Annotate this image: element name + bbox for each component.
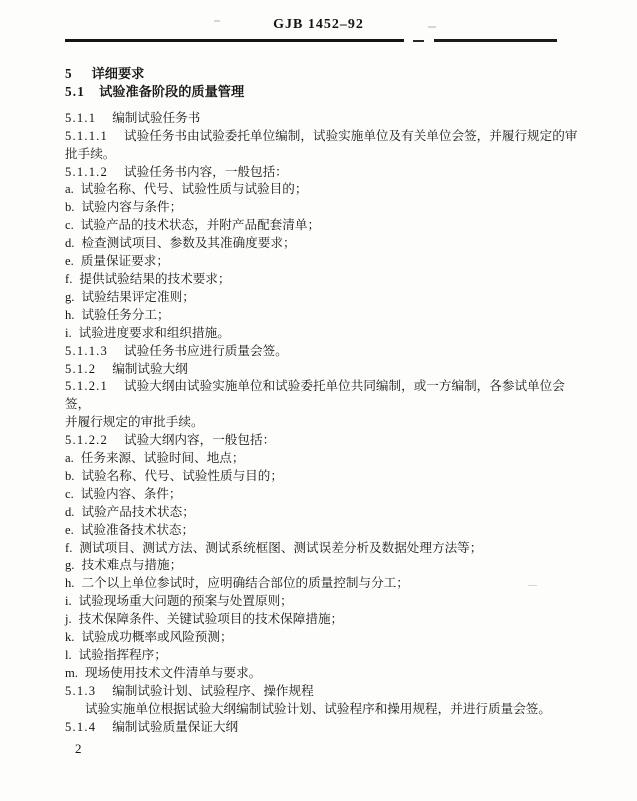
item-letter: i. (65, 594, 72, 608)
line-text: 质量保证要求； (81, 254, 169, 268)
line-text: 试验名称、代号、试验性质与目的； (81, 469, 283, 483)
header-rule (65, 39, 557, 42)
list-item: h.二个以上单位参试时，应明确结合部位的质量控制与分工； (65, 575, 579, 593)
standard-number: GJB 1452–92 (0, 0, 637, 33)
line-text: 任务来源、试验时间、地点； (81, 451, 245, 465)
line-text: 试验成功概率或风险预测； (81, 630, 232, 644)
list-item: e.试验准备技术状态； (65, 522, 579, 540)
header-rule-dash (413, 40, 424, 42)
line-text: 编制试验质量保证大纲 (112, 720, 238, 734)
line-text: 试验指挥程序； (79, 648, 167, 662)
line-text: 试验产品的技术状态，并附产品配套清单； (81, 218, 320, 232)
list-item: a.任务来源、试验时间、地点； (65, 450, 579, 468)
item-letter: a. (65, 451, 74, 465)
clause-line: 5.1.1.3试验任务书应进行质量会签。 (65, 343, 579, 361)
item-letter: d. (65, 505, 74, 519)
line-text: 试验实施单位根据试验大纲编制试验计划、试验程序和操用规程，并进行质量会签。 (85, 702, 551, 716)
section-heading: 5详细要求 (65, 65, 579, 83)
clause-number: 5.1.4 (65, 720, 96, 734)
line-text: 试验任务书应进行质量会签。 (124, 344, 288, 358)
item-letter: m. (65, 666, 78, 680)
clause-line: 5.1.2编制试验大纲 (65, 361, 579, 379)
item-letter: j. (65, 612, 72, 626)
line-text: 试验大纲内容，一般包括： (124, 433, 275, 447)
list-item: l.试验指挥程序； (65, 647, 579, 665)
line-text: 试验现场重大问题的预案与处置原则； (79, 594, 293, 608)
item-letter: g. (65, 558, 74, 572)
header-rule-segment (434, 39, 557, 42)
list-item: j.技术保障条件、关键试验项目的技术保障措施； (65, 611, 579, 629)
clause-number: 5.1 (65, 84, 85, 99)
line-text: 编制试验计划、试验程序、操作规程 (112, 684, 314, 698)
clause-number: 5.1.1.2 (65, 165, 108, 179)
item-letter: c. (65, 218, 74, 232)
clause-line: 5.1.2.1试验大纲由试验实施单位和试验委托单位共同编制，或一方编制，各参试单… (65, 378, 579, 414)
item-letter: h. (65, 308, 74, 322)
item-letter: c. (65, 487, 74, 501)
line-text: 试验大纲由试验实施单位和试验委托单位共同编制，或一方编制，各参试单位会签， (65, 379, 565, 411)
item-letter: g. (65, 290, 74, 304)
line-text: 试验内容、条件； (81, 487, 182, 501)
clause-line: 5.1.1.2试验任务书内容，一般包括： (65, 164, 579, 182)
clause-line: 5.1.1.1试验任务书由试验委托单位编制，试验实施单位及有关单位会签，并履行规… (65, 128, 579, 146)
continuation-line: 并履行规定的审批手续。 (65, 414, 579, 432)
continuation-line: 批手续。 (65, 146, 579, 164)
line-text: 检查测试项目、参数及其准确度要求； (81, 236, 295, 250)
item-letter: d. (65, 236, 74, 250)
line-text: 技术难点与措施； (81, 558, 182, 572)
line-text: 并履行规定的审批手续。 (65, 415, 204, 429)
item-letter: i. (65, 326, 72, 340)
list-item: e.质量保证要求； (65, 253, 579, 271)
line-text: 技术保障条件、关键试验项目的技术保障措施； (79, 612, 343, 626)
item-letter: e. (65, 523, 74, 537)
item-letter: k. (65, 630, 74, 644)
item-letter: f. (65, 272, 72, 286)
line-text: 试验名称、代号、试验性质与试验目的； (81, 182, 308, 196)
clause-number: 5.1.1 (65, 111, 96, 125)
list-item: a.试验名称、代号、试验性质与试验目的； (65, 181, 579, 199)
list-item: c.试验产品的技术状态，并附产品配套清单； (65, 217, 579, 235)
list-item: b.试验名称、代号、试验性质与目的； (65, 468, 579, 486)
clause-number: 5.1.3 (65, 684, 96, 698)
list-item: k.试验成功概率或风险预测； (65, 629, 579, 647)
scan-artifact (528, 585, 537, 586)
line-text: 编制试验任务书 (112, 111, 200, 125)
clause-number: 5.1.2.1 (65, 379, 108, 393)
scan-artifact (428, 26, 436, 28)
line-text: 试验准备技术状态； (81, 523, 194, 537)
line-text: 试验任务分工； (81, 308, 169, 322)
item-letter: h. (65, 576, 74, 590)
list-item: d.试验产品技术状态； (65, 504, 579, 522)
clause-line: 5.1.4编制试验质量保证大纲 (65, 719, 579, 737)
line-text: 编制试验大纲 (112, 362, 188, 376)
list-item: i.试验进度要求和组织措施。 (65, 325, 579, 343)
clause-line: 5.1.3编制试验计划、试验程序、操作规程 (65, 683, 579, 701)
header-rule-segment (65, 39, 404, 42)
page-number: 2 (75, 741, 637, 757)
item-letter: b. (65, 469, 74, 483)
item-letter: b. (65, 200, 74, 214)
clause-number: 5.1.2.2 (65, 433, 108, 447)
item-letter: l. (65, 648, 72, 662)
clause-number: 5.1.1.1 (65, 129, 108, 143)
line-text: 测试项目、测试方法、测试系统框图、测试误差分析及数据处理方法等； (79, 541, 482, 555)
line-text: 试验任务书由试验委托单位编制，试验实施单位及有关单位会签，并履行规定的审 (124, 129, 577, 143)
document-body: 5详细要求5.1试验准备阶段的质量管理5.1.1编制试验任务书5.1.1.1试验… (65, 65, 579, 737)
list-item: d.检查测试项目、参数及其准确度要求； (65, 235, 579, 253)
clause-number: 5 (65, 66, 72, 81)
clause-line: 5.1.2.2试验大纲内容，一般包括： (65, 432, 579, 450)
section-heading: 5.1试验准备阶段的质量管理 (65, 83, 579, 101)
list-item: m.现场使用技术文件清单与要求。 (65, 665, 579, 683)
line-text: 提供试验结果的技术要求； (79, 272, 230, 286)
line-text: 试验进度要求和组织措施。 (79, 326, 230, 340)
line-text: 二个以上单位参试时，应明确结合部位的质量控制与分工； (81, 576, 408, 590)
body-paragraph: 试验实施单位根据试验大纲编制试验计划、试验程序和操用规程，并进行质量会签。 (65, 701, 579, 719)
list-item: c.试验内容、条件； (65, 486, 579, 504)
list-item: h.试验任务分工； (65, 307, 579, 325)
list-item: f.测试项目、测试方法、测试系统框图、测试误差分析及数据处理方法等； (65, 540, 579, 558)
list-item: i.试验现场重大问题的预案与处置原则； (65, 593, 579, 611)
line-text: 试验内容与条件； (81, 200, 182, 214)
line-text: 详细要求 (92, 66, 145, 81)
list-item: f.提供试验结果的技术要求； (65, 271, 579, 289)
line-text: 批手续。 (65, 147, 115, 161)
item-letter: e. (65, 254, 74, 268)
list-item: g.试验结果评定准则； (65, 289, 579, 307)
clause-number: 5.1.1.3 (65, 344, 108, 358)
clause-number: 5.1.2 (65, 362, 96, 376)
document-page: GJB 1452–92 5详细要求5.1试验准备阶段的质量管理5.1.1编制试验… (0, 0, 637, 801)
line-text: 试验结果评定准则； (81, 290, 194, 304)
list-item: g.技术难点与措施； (65, 557, 579, 575)
list-item: b.试验内容与条件； (65, 199, 579, 217)
line-text: 试验任务书内容，一般包括： (124, 165, 288, 179)
line-text: 试验产品技术状态； (81, 505, 194, 519)
clause-line: 5.1.1编制试验任务书 (65, 110, 579, 128)
item-letter: a. (65, 182, 74, 196)
line-text: 现场使用技术文件清单与要求。 (85, 666, 261, 680)
scan-artifact (214, 20, 220, 22)
line-text: 试验准备阶段的质量管理 (99, 84, 244, 99)
item-letter: f. (65, 541, 72, 555)
